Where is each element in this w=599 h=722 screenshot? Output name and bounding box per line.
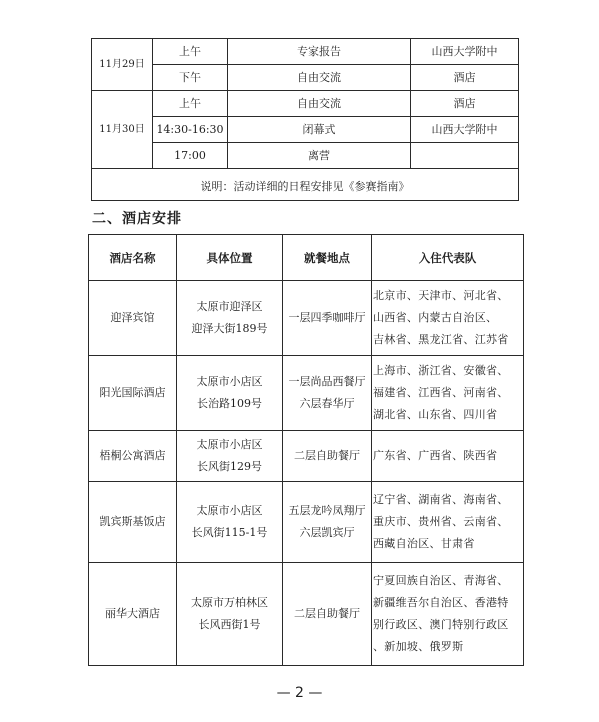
dining-line: 五层龙吟凤翔厅 — [283, 500, 371, 522]
teams-line: 福建省、江西省、河南省、 — [373, 382, 523, 404]
table-row: 丽华大酒店 太原市万柏林区长风西街1号 二层自助餐厅 宁夏回族自治区、青海省、新… — [89, 563, 524, 666]
teams-line: 新疆维吾尔自治区、香港特 — [373, 592, 523, 614]
table-header-row: 酒店名称 具体位置 就餐地点 入住代表队 — [89, 235, 524, 281]
dining-location: 一层尚品西餐厅六层春华厅 — [283, 356, 372, 431]
teams-line: 重庆市、贵州省、云南省、 — [373, 511, 523, 533]
teams-line: 西藏自治区、甘肃省 — [373, 533, 523, 555]
hotel-name: 凯宾斯基饭店 — [89, 482, 177, 563]
address-line: 长风西街1号 — [177, 614, 282, 636]
schedule-table: 11月29日 上午 专家报告 山西大学附中 下午 自由交流 酒店 11月30日 … — [91, 38, 519, 201]
address-line: 太原市迎泽区 — [177, 296, 282, 318]
dining-location: 一层四季咖啡厅 — [283, 281, 372, 356]
address-line: 太原市小店区 — [177, 371, 282, 393]
teams-line: 辽宁省、湖南省、海南省、 — [373, 489, 523, 511]
teams-cell: 上海市、浙江省、安徽省、福建省、江西省、河南省、湖北省、山东省、四川省 — [372, 356, 524, 431]
teams-line: 山西省、内蒙古自治区、 — [373, 307, 523, 329]
hotel-table: 酒店名称 具体位置 就餐地点 入住代表队 迎泽宾馆 太原市迎泽区迎泽大街189号… — [88, 234, 524, 666]
dining-line: 六层凯宾厅 — [283, 522, 371, 544]
dining-line: 二层自助餐厅 — [283, 603, 371, 625]
hotel-address: 太原市小店区长风街115-1号 — [177, 482, 283, 563]
event-cell: 自由交流 — [228, 91, 411, 117]
hotel-name: 迎泽宾馆 — [89, 281, 177, 356]
dining-line: 六层春华厅 — [283, 393, 371, 415]
location-cell: 山西大学附中 — [411, 39, 519, 65]
section-title: 二、酒店安排 — [92, 208, 182, 228]
hotel-address: 太原市小店区长治路109号 — [177, 356, 283, 431]
hotel-name: 梧桐公寓酒店 — [89, 431, 177, 482]
address-line: 迎泽大街189号 — [177, 318, 282, 340]
table-row: 11月30日 上午 自由交流 酒店 — [92, 91, 519, 117]
teams-line: 宁夏回族自治区、青海省、 — [373, 570, 523, 592]
table-row: 下午 自由交流 酒店 — [92, 65, 519, 91]
event-cell: 专家报告 — [228, 39, 411, 65]
column-header: 酒店名称 — [89, 235, 177, 281]
table-row: 说明：活动详细的日程安排见《参赛指南》 — [92, 169, 519, 201]
hotel-address: 太原市小店区长风街129号 — [177, 431, 283, 482]
teams-cell: 广东省、广西省、陕西省 — [372, 431, 524, 482]
table-row: 11月29日 上午 专家报告 山西大学附中 — [92, 39, 519, 65]
teams-line: 吉林省、黑龙江省、江苏省 — [373, 329, 523, 351]
time-cell: 下午 — [153, 65, 228, 91]
column-header: 就餐地点 — [283, 235, 372, 281]
dining-location: 二层自助餐厅 — [283, 431, 372, 482]
table-row: 17:00 离营 — [92, 143, 519, 169]
teams-line: 湖北省、山东省、四川省 — [373, 404, 523, 426]
event-cell: 离营 — [228, 143, 411, 169]
dining-line: 一层四季咖啡厅 — [283, 307, 371, 329]
teams-line: 广东省、广西省、陕西省 — [373, 445, 523, 467]
location-cell: 酒店 — [411, 91, 519, 117]
address-line: 太原市小店区 — [177, 500, 282, 522]
table-row: 凯宾斯基饭店 太原市小店区长风街115-1号 五层龙吟凤翔厅六层凯宾厅 辽宁省、… — [89, 482, 524, 563]
teams-line: 上海市、浙江省、安徽省、 — [373, 360, 523, 382]
date-cell: 11月30日 — [92, 91, 153, 169]
location-cell: 山西大学附中 — [411, 117, 519, 143]
time-cell: 上午 — [153, 91, 228, 117]
address-line: 太原市万柏林区 — [177, 592, 282, 614]
table-row: 阳光国际酒店 太原市小店区长治路109号 一层尚品西餐厅六层春华厅 上海市、浙江… — [89, 356, 524, 431]
table-row: 14:30-16:30 闭幕式 山西大学附中 — [92, 117, 519, 143]
teams-cell: 宁夏回族自治区、青海省、新疆维吾尔自治区、香港特别行政区、澳门特别行政区、新加坡… — [372, 563, 524, 666]
table-row: 梧桐公寓酒店 太原市小店区长风街129号 二层自助餐厅 广东省、广西省、陕西省 — [89, 431, 524, 482]
event-cell: 闭幕式 — [228, 117, 411, 143]
location-cell — [411, 143, 519, 169]
teams-cell: 辽宁省、湖南省、海南省、重庆市、贵州省、云南省、西藏自治区、甘肃省 — [372, 482, 524, 563]
date-cell: 11月29日 — [92, 39, 153, 91]
teams-line: 、新加坡、俄罗斯 — [373, 636, 523, 658]
dining-line: 一层尚品西餐厅 — [283, 371, 371, 393]
hotel-name: 阳光国际酒店 — [89, 356, 177, 431]
time-cell: 上午 — [153, 39, 228, 65]
hotel-name: 丽华大酒店 — [89, 563, 177, 666]
address-line: 长治路109号 — [177, 393, 282, 415]
hotel-address: 太原市迎泽区迎泽大街189号 — [177, 281, 283, 356]
location-cell: 酒店 — [411, 65, 519, 91]
teams-cell: 北京市、天津市、河北省、山西省、内蒙古自治区、吉林省、黑龙江省、江苏省 — [372, 281, 524, 356]
teams-line: 北京市、天津市、河北省、 — [373, 285, 523, 307]
time-cell: 14:30-16:30 — [153, 117, 228, 143]
dining-location: 二层自助餐厅 — [283, 563, 372, 666]
address-line: 长风街115-1号 — [177, 522, 282, 544]
page-number: — 2 — — [0, 685, 599, 701]
column-header: 具体位置 — [177, 235, 283, 281]
address-line: 长风街129号 — [177, 456, 282, 478]
dining-line: 二层自助餐厅 — [283, 445, 371, 467]
table-row: 迎泽宾馆 太原市迎泽区迎泽大街189号 一层四季咖啡厅 北京市、天津市、河北省、… — [89, 281, 524, 356]
dining-location: 五层龙吟凤翔厅六层凯宾厅 — [283, 482, 372, 563]
hotel-address: 太原市万柏林区长风西街1号 — [177, 563, 283, 666]
event-cell: 自由交流 — [228, 65, 411, 91]
address-line: 太原市小店区 — [177, 434, 282, 456]
time-cell: 17:00 — [153, 143, 228, 169]
schedule-note: 说明：活动详细的日程安排见《参赛指南》 — [92, 169, 519, 201]
column-header: 入住代表队 — [372, 235, 524, 281]
teams-line: 别行政区、澳门特别行政区 — [373, 614, 523, 636]
